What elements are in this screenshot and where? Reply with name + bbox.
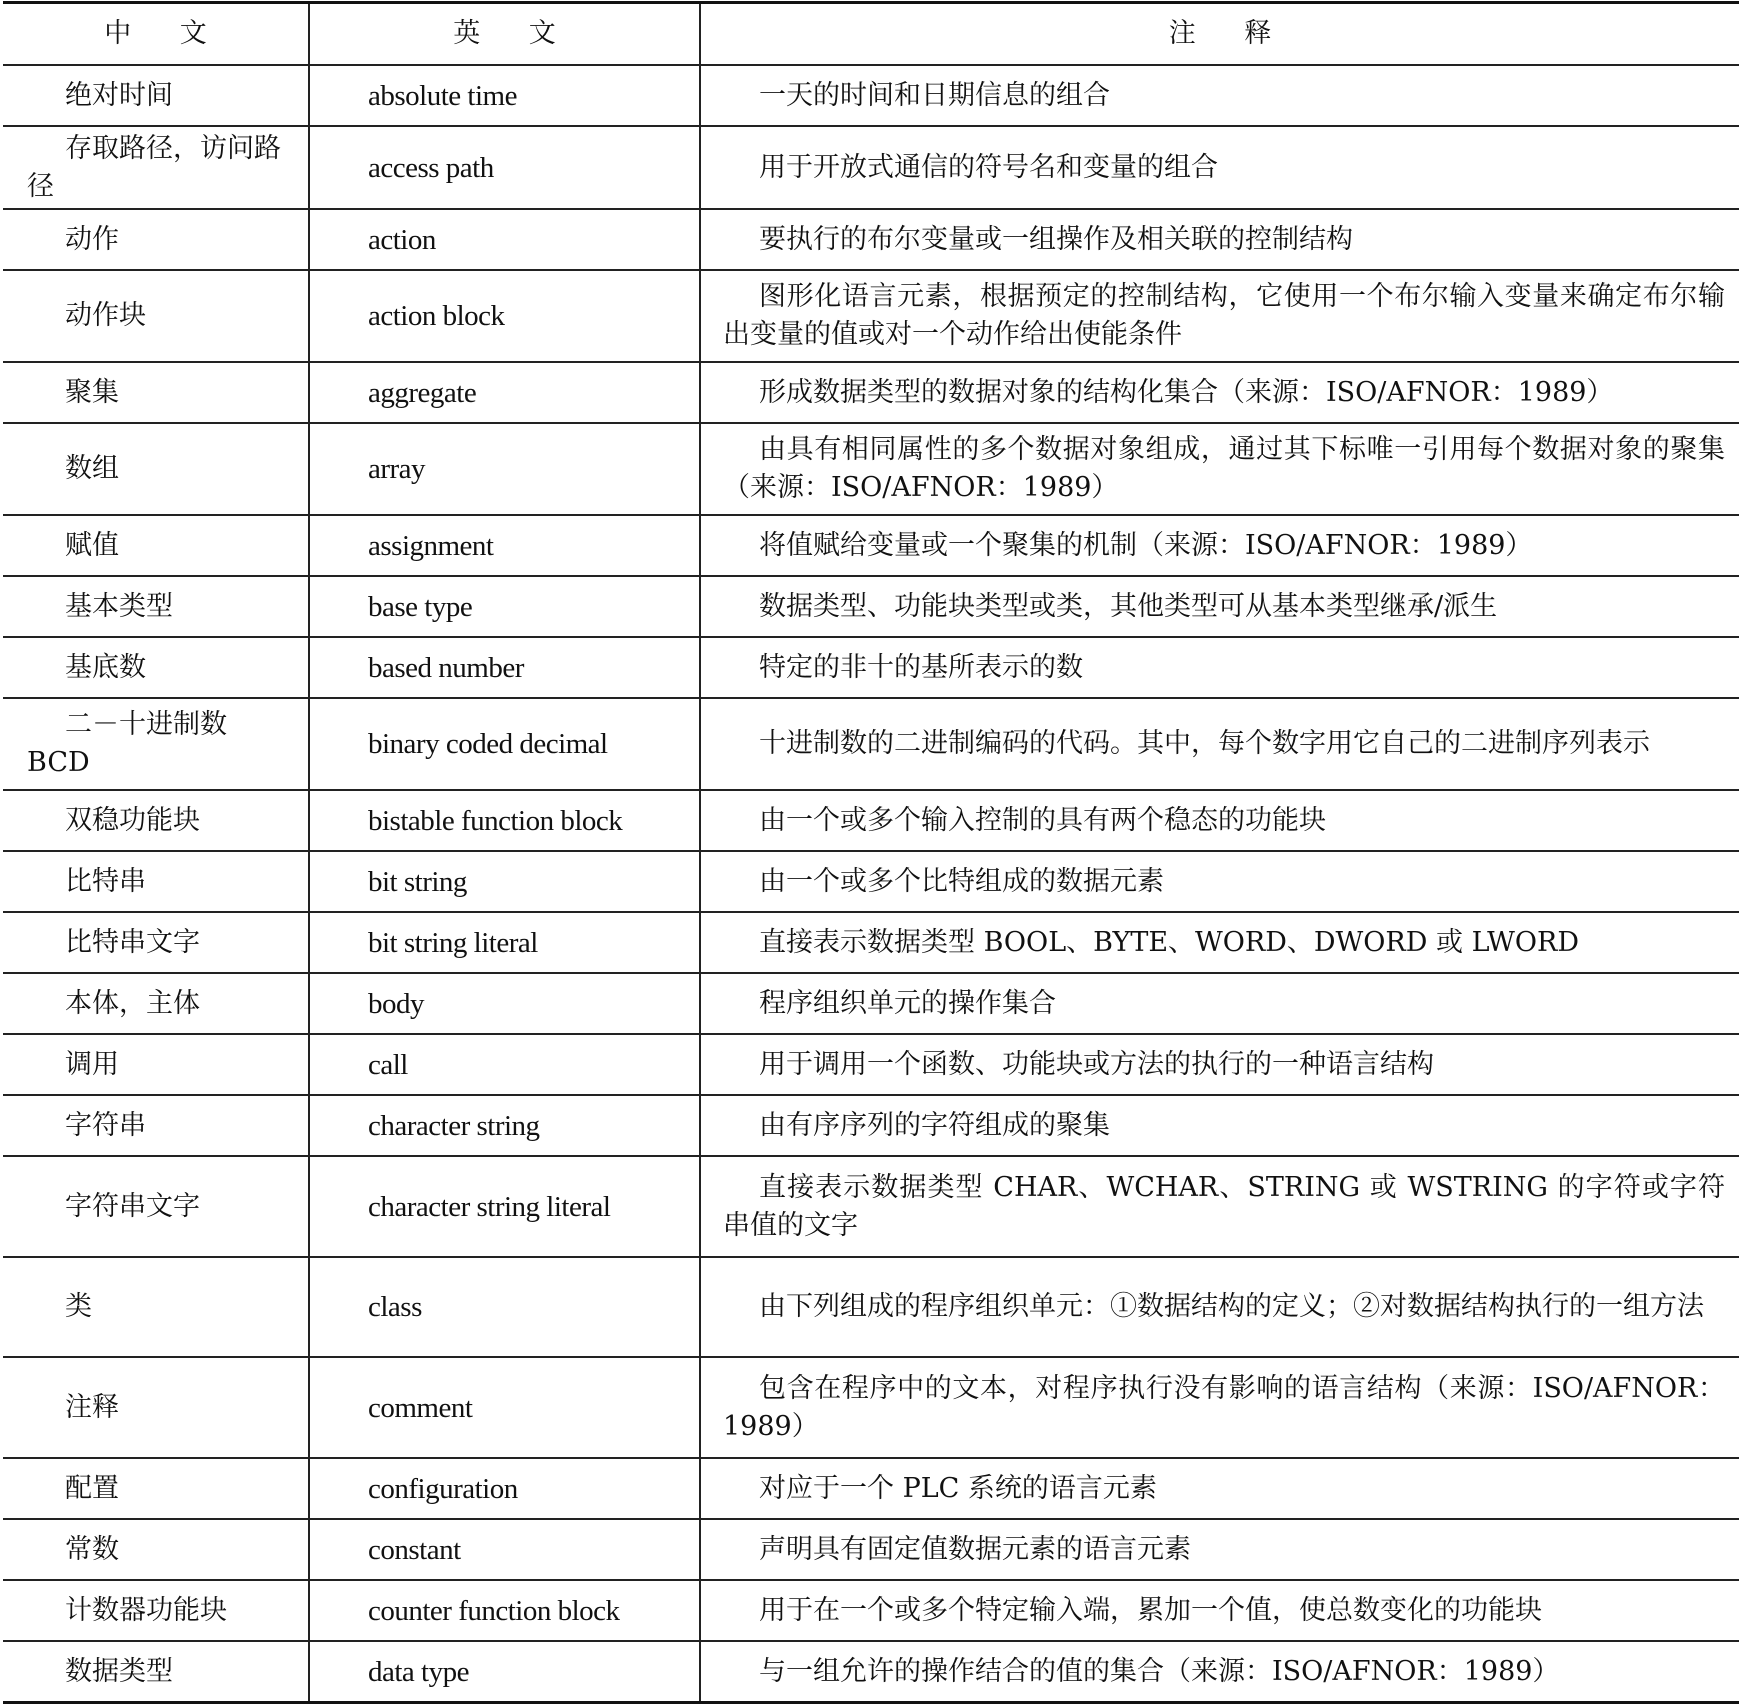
term-note: 由一个或多个输入控制的具有两个稳态的功能块	[700, 790, 1739, 851]
header-chinese: 中 文	[3, 3, 309, 66]
term-chinese: 基底数	[3, 637, 309, 698]
term-english: data type	[309, 1641, 700, 1703]
table-row: 字符串文字character string literal直接表示数据类型 CH…	[3, 1156, 1739, 1257]
header-chinese-label: 中 文	[104, 18, 207, 49]
header-english: 英 文	[309, 3, 700, 66]
term-english: aggregate	[309, 362, 700, 423]
term-note: 用于开放式通信的符号名和变量的组合	[700, 126, 1739, 209]
table-row: 比特串文字bit string literal直接表示数据类型 BOOL、BYT…	[3, 912, 1739, 973]
term-english: binary coded decimal	[309, 698, 700, 790]
term-english: class	[309, 1257, 700, 1357]
table-row: 基底数based number特定的非十的基所表示的数	[3, 637, 1739, 698]
table-row: 数组array由具有相同属性的多个数据对象组成，通过其下标唯一引用每个数据对象的…	[3, 423, 1739, 515]
term-chinese: 常数	[3, 1519, 309, 1580]
term-chinese: 数据类型	[3, 1641, 309, 1703]
table-row: 基本类型base type数据类型、功能块类型或类，其他类型可从基本类型继承/派…	[3, 576, 1739, 637]
term-english: counter function block	[309, 1580, 700, 1641]
table-row: 计数器功能块counter function block用于在一个或多个特定输入…	[3, 1580, 1739, 1641]
table-row: 双稳功能块bistable function block由一个或多个输入控制的具…	[3, 790, 1739, 851]
header-english-label: 英 文	[453, 18, 556, 49]
term-note: 直接表示数据类型 BOOL、BYTE、WORD、DWORD 或 LWORD	[700, 912, 1739, 973]
term-chinese: 字符串文字	[3, 1156, 309, 1257]
table-row: 动作action要执行的布尔变量或一组操作及相关联的控制结构	[3, 209, 1739, 270]
term-note: 与一组允许的操作结合的值的集合（来源：ISO/AFNOR：1989）	[700, 1641, 1739, 1703]
table-row: 类class由下列组成的程序组织单元：①数据结构的定义；②对数据结构执行的一组方…	[3, 1257, 1739, 1357]
term-english: base type	[309, 576, 700, 637]
term-chinese: 配置	[3, 1458, 309, 1519]
table-header: 中 文 英 文 注 释	[3, 3, 1739, 66]
term-chinese: 动作块	[3, 270, 309, 362]
term-chinese: 绝对时间	[3, 65, 309, 126]
term-english: assignment	[309, 515, 700, 576]
term-english: bistable function block	[309, 790, 700, 851]
term-note: 由具有相同属性的多个数据对象组成，通过其下标唯一引用每个数据对象的聚集（来源：I…	[700, 423, 1739, 515]
table-row: 赋值assignment将值赋给变量或一个聚集的机制（来源：ISO/AFNOR：…	[3, 515, 1739, 576]
term-note: 用于在一个或多个特定输入端，累加一个值，使总数变化的功能块	[700, 1580, 1739, 1641]
term-chinese: 计数器功能块	[3, 1580, 309, 1641]
term-chinese: 存取路径，访问路径	[3, 126, 309, 209]
term-chinese: 注释	[3, 1357, 309, 1458]
term-chinese: 二－十进制数 BCD	[3, 698, 309, 790]
term-note: 由下列组成的程序组织单元：①数据结构的定义；②对数据结构执行的一组方法	[700, 1257, 1739, 1357]
term-english: array	[309, 423, 700, 515]
term-english: comment	[309, 1357, 700, 1458]
table-row: 注释comment包含在程序中的文本，对程序执行没有影响的语言结构（来源：ISO…	[3, 1357, 1739, 1458]
term-chinese: 调用	[3, 1034, 309, 1095]
table-body: 绝对时间absolute time一天的时间和日期信息的组合存取路径，访问路径a…	[3, 65, 1739, 1703]
glossary-table: 中 文 英 文 注 释 绝对时间absolute time一天的时间和日期信息的…	[3, 1, 1739, 1704]
term-note: 声明具有固定值数据元素的语言元素	[700, 1519, 1739, 1580]
term-chinese: 比特串文字	[3, 912, 309, 973]
term-note: 数据类型、功能块类型或类，其他类型可从基本类型继承/派生	[700, 576, 1739, 637]
term-note: 要执行的布尔变量或一组操作及相关联的控制结构	[700, 209, 1739, 270]
term-chinese: 数组	[3, 423, 309, 515]
term-chinese: 双稳功能块	[3, 790, 309, 851]
table-row: 调用call用于调用一个函数、功能块或方法的执行的一种语言结构	[3, 1034, 1739, 1095]
term-english: access path	[309, 126, 700, 209]
header-note-label: 注 释	[1169, 18, 1272, 49]
term-chinese: 类	[3, 1257, 309, 1357]
term-chinese: 聚集	[3, 362, 309, 423]
term-chinese: 基本类型	[3, 576, 309, 637]
table-row: 字符串character string由有序序列的字符组成的聚集	[3, 1095, 1739, 1156]
term-english: bit string	[309, 851, 700, 912]
table-row: 本体，主体body程序组织单元的操作集合	[3, 973, 1739, 1034]
term-chinese: 比特串	[3, 851, 309, 912]
term-note: 十进制数的二进制编码的代码。其中，每个数字用它自己的二进制序列表示	[700, 698, 1739, 790]
term-english: absolute time	[309, 65, 700, 126]
table-row: 数据类型data type与一组允许的操作结合的值的集合（来源：ISO/AFNO…	[3, 1641, 1739, 1703]
term-english: character string	[309, 1095, 700, 1156]
term-english: configuration	[309, 1458, 700, 1519]
term-note: 特定的非十的基所表示的数	[700, 637, 1739, 698]
table-row: 绝对时间absolute time一天的时间和日期信息的组合	[3, 65, 1739, 126]
term-english: constant	[309, 1519, 700, 1580]
term-note: 对应于一个 PLC 系统的语言元素	[700, 1458, 1739, 1519]
header-row: 中 文 英 文 注 释	[3, 3, 1739, 66]
term-chinese: 本体，主体	[3, 973, 309, 1034]
term-note: 将值赋给变量或一个聚集的机制（来源：ISO/AFNOR：1989）	[700, 515, 1739, 576]
term-note: 包含在程序中的文本，对程序执行没有影响的语言结构（来源：ISO/AFNOR：19…	[700, 1357, 1739, 1458]
header-note: 注 释	[700, 3, 1739, 66]
table-row: 聚集aggregate形成数据类型的数据对象的结构化集合（来源：ISO/AFNO…	[3, 362, 1739, 423]
table-row: 动作块action block图形化语言元素，根据预定的控制结构，它使用一个布尔…	[3, 270, 1739, 362]
term-note: 用于调用一个函数、功能块或方法的执行的一种语言结构	[700, 1034, 1739, 1095]
term-note: 直接表示数据类型 CHAR、WCHAR、STRING 或 WSTRING 的字符…	[700, 1156, 1739, 1257]
table-row: 比特串bit string由一个或多个比特组成的数据元素	[3, 851, 1739, 912]
term-english: action	[309, 209, 700, 270]
term-note: 由有序序列的字符组成的聚集	[700, 1095, 1739, 1156]
term-note: 一天的时间和日期信息的组合	[700, 65, 1739, 126]
term-note: 图形化语言元素，根据预定的控制结构，它使用一个布尔输入变量来确定布尔输出变量的值…	[700, 270, 1739, 362]
term-english: character string literal	[309, 1156, 700, 1257]
term-english: action block	[309, 270, 700, 362]
term-english: body	[309, 973, 700, 1034]
term-english: call	[309, 1034, 700, 1095]
term-note: 由一个或多个比特组成的数据元素	[700, 851, 1739, 912]
table-row: 常数constant声明具有固定值数据元素的语言元素	[3, 1519, 1739, 1580]
term-chinese: 赋值	[3, 515, 309, 576]
term-english: based number	[309, 637, 700, 698]
table-row: 二－十进制数 BCDbinary coded decimal十进制数的二进制编码…	[3, 698, 1739, 790]
term-note: 形成数据类型的数据对象的结构化集合（来源：ISO/AFNOR：1989）	[700, 362, 1739, 423]
table-row: 配置configuration对应于一个 PLC 系统的语言元素	[3, 1458, 1739, 1519]
term-english: bit string literal	[309, 912, 700, 973]
table-row: 存取路径，访问路径access path用于开放式通信的符号名和变量的组合	[3, 126, 1739, 209]
term-chinese: 动作	[3, 209, 309, 270]
term-chinese: 字符串	[3, 1095, 309, 1156]
term-note: 程序组织单元的操作集合	[700, 973, 1739, 1034]
